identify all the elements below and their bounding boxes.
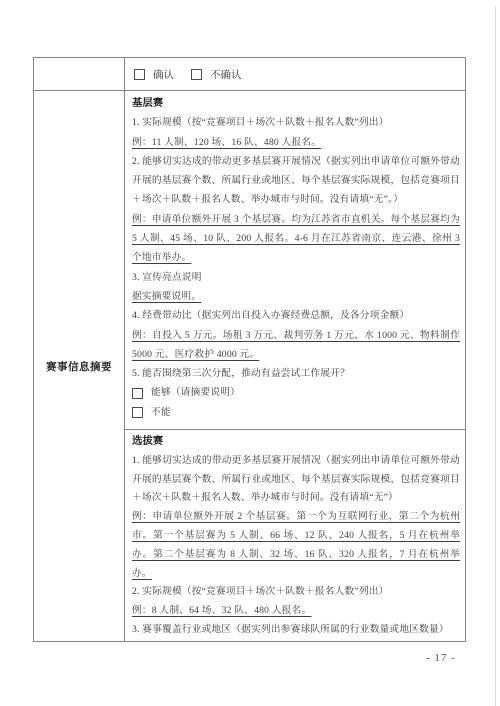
confirm-option-label: 确认	[153, 67, 174, 82]
checkbox-unchecked-icon[interactable]	[132, 407, 143, 418]
form-item: 3. 宣传亮点说明	[132, 268, 460, 287]
page-edge-line	[495, 6, 496, 706]
confirmation-options: 确认 不确认	[125, 58, 465, 90]
example-text: 例：本选拔赛覆盖了煤炭、化工 2 个行业。	[132, 640, 460, 641]
document-page: 确认 不确认 赛事信息摘要 基层赛 1. 实际规模（按“竞赛项目＋场次＋队数＋报…	[0, 0, 500, 706]
example-text: 例：申请单位额外开展 3 个基层赛。均为江苏省市直机关。每个基层赛均为 5 人制…	[132, 210, 460, 268]
form-item: 5. 能否围绕第三次分配，推动有益尝试工作展开？	[132, 364, 460, 383]
confirmation-row: 确认 不确认	[34, 58, 465, 91]
section-grassroots-competition: 基层赛 1. 实际规模（按“竞赛项目＋场次＋队数＋报名人数”列出） 例：11 人…	[125, 91, 465, 430]
form-item: 2. 实际规模（按“竞赛项目＋场次＋队数＋报名人数”列出）	[132, 583, 460, 602]
event-summary-table: 确认 不确认 赛事信息摘要 基层赛 1. 实际规模（按“竞赛项目＋场次＋队数＋报…	[33, 57, 466, 642]
form-item: 4. 经费带动比（据实列出自投入办赛经费总额，及各分项金额）	[132, 306, 460, 325]
section-title: 基层赛	[132, 94, 460, 113]
example-text: 例：申请单位额外开展 2 个基层赛。第一个为互联网行业，第二个为杭州市。第一个基…	[132, 508, 460, 583]
row-header-event-info-summary: 赛事信息摘要	[34, 91, 125, 641]
option-able-label: 能够（请摘要说明）	[151, 383, 240, 402]
example-text: 例：8 人制、64 场、32 队、480 人报名。	[132, 602, 460, 621]
not-confirm-option[interactable]: 不确认	[191, 67, 242, 82]
option-unable-label: 不能	[151, 403, 171, 422]
section-selection-competition: 选拔赛 1. 能够切实达成的带动更多基层赛开展情况（据实列出申请单位可额外带动开…	[125, 430, 465, 641]
event-info-summary-row: 赛事信息摘要 基层赛 1. 实际规模（按“竞赛项目＋场次＋队数＋报名人数”列出）…	[34, 91, 465, 641]
checkbox-unchecked-icon[interactable]	[132, 388, 143, 399]
example-text: 据实摘要说明。	[132, 287, 460, 306]
not-confirm-option-label: 不确认	[210, 67, 242, 82]
form-item: 2. 能够切实达成的带动更多基层赛开展情况（据实列出申请单位可额外带动开展的基层…	[132, 152, 460, 210]
event-info-summary-body: 基层赛 1. 实际规模（按“竞赛项目＋场次＋队数＋报名人数”列出） 例：11 人…	[125, 91, 465, 641]
form-item: 1. 能够切实达成的带动更多基层赛开展情况（据实列出申请单位可额外带动开展的基层…	[132, 452, 460, 508]
form-item: 3. 赛事覆盖行业或地区（据实列出参赛球队所属的行业数量或地区数量）	[132, 621, 460, 640]
section-title: 选拔赛	[132, 433, 460, 452]
example-text: 例：11 人制、120 场、16 队、480 人报名。	[132, 133, 460, 152]
confirm-option[interactable]: 确认	[134, 67, 174, 82]
option-able[interactable]: 能够（请摘要说明）	[132, 383, 460, 402]
option-unable[interactable]: 不能	[132, 403, 460, 422]
form-item: 1. 实际规模（按“竞赛项目＋场次＋队数＋报名人数”列出）	[132, 113, 460, 132]
page-number: - 17 -	[426, 652, 456, 664]
example-text: 例：自投入 5 万元。场租 3 万元、裁判劳务 1 万元、水 1000 元、物料…	[132, 326, 460, 365]
checkbox-unchecked-icon[interactable]	[191, 69, 202, 80]
checkbox-unchecked-icon[interactable]	[134, 69, 145, 80]
confirmation-row-header-cell	[34, 58, 125, 90]
